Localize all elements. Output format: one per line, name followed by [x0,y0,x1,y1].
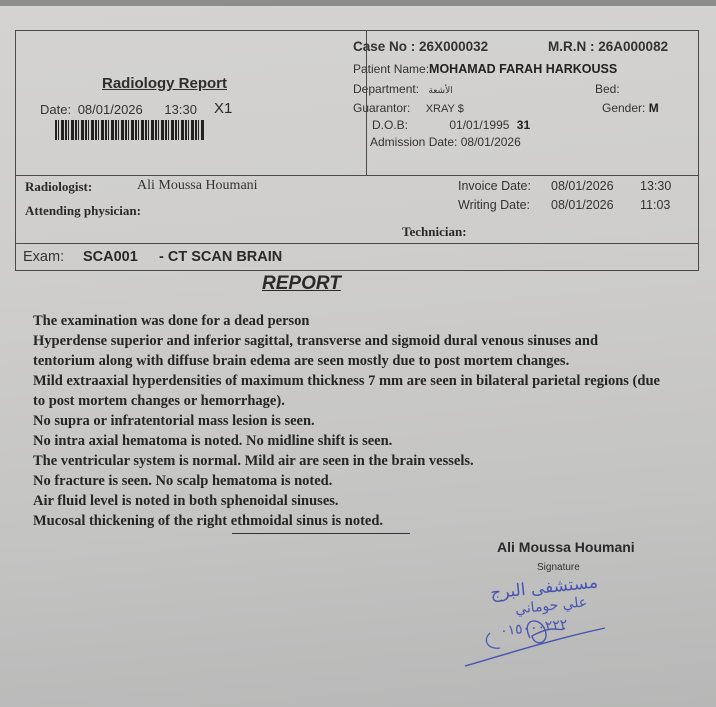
age-value: 31 [517,118,530,132]
case-number: 26X000032 [419,39,488,54]
finding-line: No fracture is seen. No scalp hematoma i… [33,471,703,491]
finding-line: The ventricular system is normal. Mild a… [33,451,703,471]
report-section-title: REPORT [262,273,341,295]
patient-name-row: Patient Name:MOHAMAD FARAH HARKOUSS [353,62,617,76]
radiologist-name: Ali Moussa Houmani [137,178,258,194]
exam-name: - CT SCAN BRAIN [159,249,282,265]
dob-value: 01/01/1995 [449,118,509,132]
bed-label: Bed: [595,82,620,96]
finding-line: No intra axial hematoma is noted. No mid… [33,431,703,451]
copy-count: X1 [214,100,232,117]
department-value: الأشعة [428,85,452,95]
finding-line: Air fluid level is noted in both sphenoi… [33,491,703,511]
finding-line: The examination was done for a dead pers… [33,311,703,331]
patient-name-label: Patient Name: [353,62,429,76]
department-row: Department: الأشعة [353,82,453,96]
technician-label: Technician: [402,224,467,240]
report-findings: The examination was done for a dead pers… [33,311,703,531]
dob-label: D.O.B: [372,118,408,132]
guarantor-row: Guarantor: XRAY $ [353,101,464,115]
signature-stamp: مستشفى البرج علي حوماني ٠١٥٠٠٠٢٢٢ [460,578,620,673]
bed-row: Bed: [595,82,620,96]
guarantor-label: Guarantor: [353,101,410,115]
admission-row: Admission Date: 08/01/2026 [370,135,521,149]
signatory-name: Ali Moussa Houmani [497,539,635,555]
finding-line: No supra or infratentorial mass lesion i… [33,411,703,431]
mrn-row: M.R.N : 26A000082 [548,39,668,54]
department-label: Department: [353,82,419,96]
finding-line: to post mortem changes or hemorrhage). [33,391,703,411]
finding-line: Hyperdense superior and inferior sagitta… [33,331,703,351]
exam-label: Exam: [23,249,64,265]
attending-physician-label: Attending physician: [25,203,141,219]
dob-row: D.O.B: 01/01/1995 31 [372,118,530,132]
case-label: Case No : [353,39,415,54]
writing-time: 11:03 [640,198,670,212]
invoice-date: 08/01/2026 [551,179,614,193]
report-heading: Radiology Report [102,75,227,92]
guarantor-value: XRAY $ [426,103,464,115]
mrn-value: 26A000082 [598,39,668,54]
writing-date: 08/01/2026 [551,198,614,212]
finding-line: Mild extraaxial hyperdensities of maximu… [33,371,703,391]
gender-label: Gender: [602,101,645,115]
patient-name: MOHAMAD FARAH HARKOUSS [429,62,617,76]
finding-line: Mucosal thickening of the right ethmoida… [33,511,703,531]
gender-value: M [649,101,659,115]
barcode-icon [55,120,205,140]
report-time: 13:30 [164,102,197,117]
radiologist-label: Radiologist: [25,179,92,195]
signature-label: Signature [537,562,580,573]
report-date: 08/01/2026 [78,102,143,117]
invoice-date-label: Invoice Date: [458,179,531,193]
handwritten-signature-icon [460,578,620,673]
gender-row: Gender: M [602,101,659,115]
admission-date: 08/01/2026 [461,135,521,149]
admission-label: Admission Date: [370,135,457,149]
writing-date-label: Writing Date: [458,198,530,212]
report-date-line: Date: 08/01/2026 13:30 [40,102,197,117]
date-label: Date: [40,102,71,117]
mrn-label: M.R.N : [548,39,595,54]
exam-code: SCA001 [83,249,138,265]
finding-line: tentorium along with diffuse brain edema… [33,351,703,371]
end-of-report-rule [232,533,410,534]
invoice-time: 13:30 [640,179,671,193]
case-number-row: Case No : 26X000032 [353,39,488,54]
